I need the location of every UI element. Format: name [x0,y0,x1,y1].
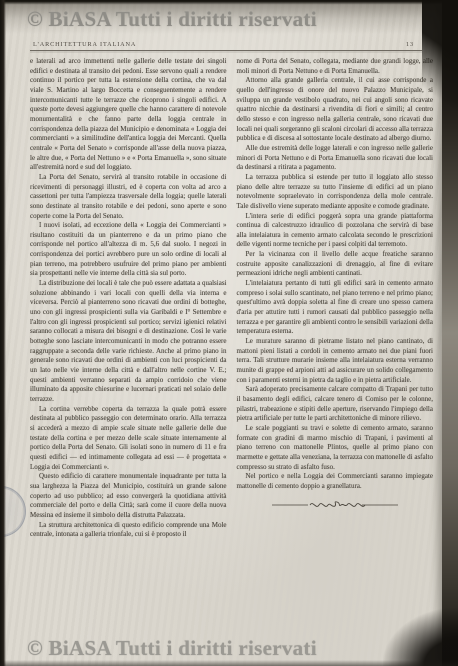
paragraph: Nel portico e nella Loggia dei Commercia… [237,472,434,491]
paragraph: La terrazza pubblica si estende per tutt… [237,173,434,212]
paragraph: La cortina verrebbe coperta da terrazza … [30,405,227,473]
paragraph: La distribuzione dei locali è tale che p… [30,279,227,405]
paragraph: Alle due estremità delle logge laterali … [237,144,434,173]
paragraph: Le scale poggianti su travi e solette di… [237,424,434,472]
paragraph: Attorno alla grande galleria centrale, i… [237,76,434,144]
header-rule [30,50,422,51]
paragraph: Sarà adoperato precisamente calcare comp… [237,385,434,424]
page-number: 13 [406,41,414,48]
text-column-left: e laterali ad arco immettenti nelle gall… [30,57,227,637]
scanned-journal-page: © BiASA Tutti i diritti riservati L'ARCH… [0,0,458,666]
scan-corner-top-right [422,0,458,125]
scan-edge-bottom [0,660,458,666]
scan-corner-bottom-right [383,608,458,666]
running-head: L'ARCHITETTURA ITALIANA 13 [33,41,414,48]
paragraph: I nuovi isolati, ad eccezione della « Lo… [30,221,227,279]
journal-title: L'ARCHITETTURA ITALIANA [33,41,136,48]
scan-edge-left [0,0,6,666]
paragraph: La struttura architettonica di questo ed… [30,521,227,540]
paragraph: La Porta del Senato, servirà al transito… [30,173,227,221]
paragraph: L'intelaiatura pertanto di tutti gli edi… [237,279,434,337]
paragraph: e laterali ad arco immettenti nelle gall… [30,57,227,173]
tailpiece-ornament-icon [237,499,434,515]
paragraph: Le murature saranno di pietrame listato … [237,337,434,385]
paragraph: L'intera serie di edifici poggerà sopra … [237,212,434,251]
watermark-bottom: © BiASA Tutti i diritti riservati [27,636,317,661]
text-body: e laterali ad arco immettenti nelle gall… [30,57,433,637]
text-column-right: nome di Porta del Senato, collegata, med… [237,57,434,637]
watermark-top: © BiASA Tutti i diritti riservati [27,7,317,32]
paragraph: Questo edificio di carattere monumentale… [30,472,227,520]
paragraph: nome di Porta del Senato, collegata, med… [237,57,434,76]
paragraph: Per la vicinanza con il livello delle ac… [237,250,434,279]
